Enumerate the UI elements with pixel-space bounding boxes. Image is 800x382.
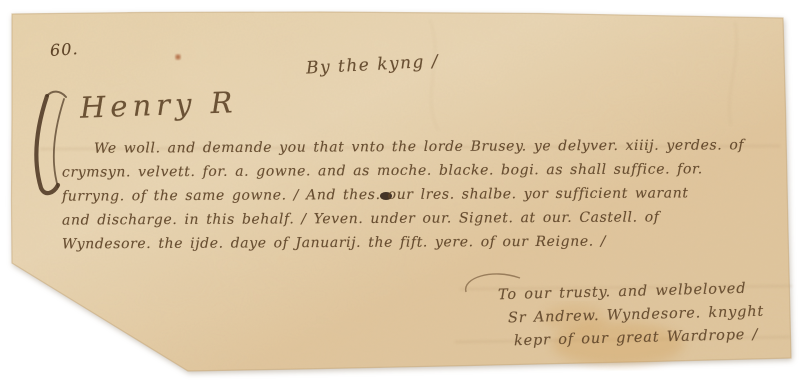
manuscript-photo: 60. By the kyng / Henry R We woll. and d…: [0, 0, 800, 382]
body-line-3: furryng. of the same gowne. / And thes. …: [62, 185, 689, 204]
body-line-5: Wyndesore. the ijde. daye of Januarij. t…: [62, 234, 606, 253]
body-line-4: and discharge. in this behalf. / Yeven. …: [62, 209, 660, 228]
royal-sign-manual: Henry R: [79, 85, 238, 124]
red-speck: [175, 54, 180, 59]
body-line-2: crymsyn. velvett. for. a. gowne. and as …: [62, 161, 703, 180]
body-line-1: We woll. and demande you that vnto the l…: [94, 137, 744, 156]
inventory-number: 60.: [49, 39, 79, 60]
